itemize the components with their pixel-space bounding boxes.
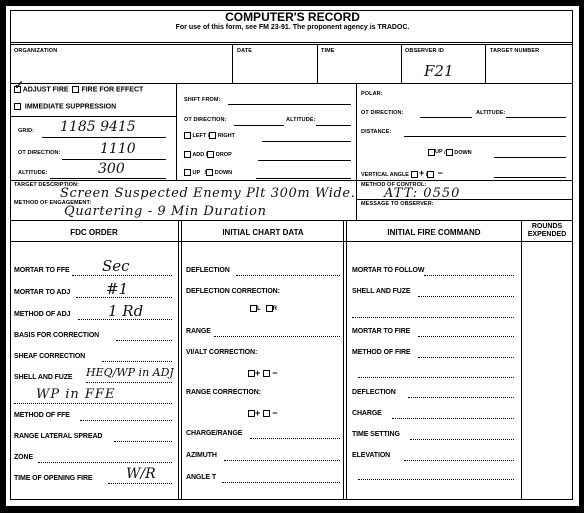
rounds-label: ROUNDS: [522, 223, 572, 231]
divider: [232, 44, 233, 83]
chart-range-field[interactable]: [214, 336, 340, 337]
left-right-field[interactable]: [262, 141, 351, 142]
fire-for-effect-checkbox[interactable]: [72, 86, 79, 93]
grid-label: GRID:: [18, 128, 34, 134]
adjust-fire-label: ADJUST FIRE: [23, 86, 69, 93]
divider: [10, 83, 573, 84]
polar-label: POLAR:: [361, 91, 383, 97]
form-subtitle: For use of this form, see FM 23-91. The …: [6, 24, 579, 31]
vi-alt-minus-checkbox[interactable]: [263, 370, 270, 377]
shell-and-fuze-label: SHELL AND FUZE: [14, 374, 73, 381]
target-description-field[interactable]: Screen Suspected Enemy Plt 300m Wide.: [60, 186, 355, 201]
initial-fire-command-heading: INITIAL FIRE COMMAND: [348, 228, 520, 237]
range-lateral-spread-label: RANGE LATERAL SPREAD: [14, 433, 102, 440]
divider: [10, 220, 573, 221]
charge-range-field[interactable]: [250, 438, 340, 439]
message-to-observer-label: MESSAGE TO OBSERVER:: [361, 201, 434, 207]
computers-record-form: COMPUTER'S RECORD For use of this form, …: [6, 6, 579, 506]
angle-t-field[interactable]: [222, 482, 340, 483]
vertical-angle-row: VERTICAL ANGLE + / −: [361, 168, 443, 178]
range-correction-label: RANGE CORRECTION:: [186, 389, 261, 396]
drop-label: DROP: [216, 152, 232, 158]
check-mark-icon: ✓: [14, 78, 24, 92]
range-correction-options: + −: [248, 408, 278, 418]
fire-for-effect-label: FIRE FOR EFFECT: [81, 86, 143, 93]
divider: [317, 44, 318, 83]
distance-label: DISTANCE:: [361, 129, 391, 135]
target-number-label: TARGET NUMBER: [490, 48, 539, 54]
target-number-field[interactable]: [487, 56, 571, 82]
azimuth-field[interactable]: [224, 460, 340, 461]
basis-for-correction-label: BASIS FOR CORRECTION: [14, 332, 99, 339]
shift-altitude-label: ALTITUDE:: [286, 117, 316, 123]
chart-deflection-field[interactable]: [236, 275, 340, 276]
polar-altitude-label: ALTITUDE:: [476, 110, 506, 116]
l-label: L: [257, 306, 261, 312]
expended-label: EXPENDED: [522, 231, 572, 239]
vi-alt-plus-checkbox[interactable]: [248, 370, 255, 377]
down-label: DOWN: [215, 170, 232, 176]
zone-label: ZONE: [14, 454, 33, 461]
chart-range-label: RANGE: [186, 328, 211, 335]
vi-alt-correction-options: + −: [248, 368, 278, 378]
altitude-label: ALTITUDE:: [18, 170, 48, 176]
basis-for-correction-field[interactable]: [116, 340, 172, 341]
deflection-correction-label: DEFLECTION CORRECTION:: [186, 288, 280, 295]
plus-sign: +: [255, 368, 260, 378]
observer-id-label: OBSERVER ID: [405, 48, 444, 54]
add-label: ADD: [192, 152, 204, 158]
rounds-expended-heading: ROUNDS EXPENDED: [522, 223, 572, 239]
fire-shell-and-fuze-field-line2[interactable]: [352, 317, 514, 318]
divider: [10, 116, 176, 117]
underline: [42, 137, 166, 138]
chart-deflection-label: DEFLECTION: [186, 267, 230, 274]
adjust-fire-option[interactable]: ✓ ADJUST FIRE FIRE FOR EFFECT: [14, 86, 143, 93]
divider: [485, 44, 486, 83]
drop-checkbox[interactable]: [207, 151, 214, 158]
date-field[interactable]: [234, 56, 316, 82]
mortar-to-follow-field[interactable]: [424, 275, 514, 276]
divider: [178, 220, 179, 500]
up-label: UP: [193, 170, 201, 176]
fdc-order-heading: FDC ORDER: [10, 228, 178, 237]
method-of-ffe-field[interactable]: [80, 420, 172, 421]
time-setting-label: TIME SETTING: [352, 431, 400, 438]
down-checkbox[interactable]: [206, 169, 213, 176]
polar-up-label: UP: [435, 149, 443, 155]
mortar-to-ffe-field[interactable]: Sec: [102, 257, 130, 275]
r-label: R: [273, 306, 277, 312]
method-of-adj-label: METHOD OF ADJ: [14, 311, 70, 318]
method-of-fire-label: METHOD OF FIRE: [352, 349, 411, 356]
date-label: DATE: [237, 48, 252, 54]
mortar-to-ffe-label: MORTAR TO FFE: [14, 267, 70, 274]
ot-direction-field[interactable]: 1110: [100, 141, 136, 157]
sheaf-correction-label: SHEAF CORRECTION: [14, 353, 85, 360]
polar-down-label: DOWN: [454, 150, 471, 156]
shell-and-fuze-field[interactable]: HEQ/WP in ADJ: [86, 366, 174, 379]
divider: [10, 42, 573, 45]
right-label: RIGHT: [218, 133, 235, 139]
underline: [62, 159, 166, 160]
add-drop-row: ADD / DROP: [184, 151, 232, 158]
shift-ot-direction-field[interactable]: [234, 125, 284, 126]
initial-chart-data-heading: INITIAL CHART DATA: [182, 228, 344, 237]
polar-down-checkbox[interactable]: [446, 149, 453, 156]
left-label: LEFT: [193, 133, 207, 139]
add-checkbox[interactable]: [184, 151, 191, 158]
left-checkbox[interactable]: [184, 132, 191, 139]
azimuth-label: AZIMUTH: [186, 452, 217, 459]
ot-direction-label: OT DIRECTION:: [18, 150, 61, 156]
immediate-suppression-checkbox[interactable]: [14, 103, 21, 110]
method-of-ffe-label: METHOD OF FFE: [14, 412, 70, 419]
range-minus-checkbox[interactable]: [263, 410, 270, 417]
method-of-fire-field-line2[interactable]: [358, 377, 514, 378]
time-of-opening-fire-field[interactable]: W/R: [126, 466, 156, 482]
immediate-suppression-option[interactable]: IMMEDIATE SUPPRESSION: [14, 103, 116, 110]
polar-up-checkbox[interactable]: [428, 149, 435, 156]
charge-field[interactable]: [392, 418, 514, 419]
divider: [10, 241, 573, 242]
form-title: COMPUTER'S RECORD: [6, 10, 579, 24]
divider: [346, 220, 347, 500]
shift-from-label: SHIFT FROM:: [184, 97, 221, 103]
elevation-field[interactable]: [404, 460, 514, 461]
dotted-line: [14, 403, 172, 404]
dotted-line: [86, 382, 172, 383]
up-down-row: UP / DOWN: [184, 169, 232, 176]
plus-sign: +: [255, 408, 260, 418]
polar-up-down-row: UP / DOWN: [428, 149, 472, 156]
organization-label: ORGANIZATION: [14, 48, 57, 54]
divider: [343, 220, 344, 500]
organization-field[interactable]: [12, 56, 230, 82]
fire-deflection-label: DEFLECTION: [352, 389, 396, 396]
grid-field[interactable]: 1185 9415: [60, 119, 136, 135]
shift-altitude-field[interactable]: [316, 125, 351, 126]
divider: [10, 180, 573, 181]
vertical-angle-plus-checkbox[interactable]: [411, 171, 418, 178]
vertical-angle-label: VERTICAL ANGLE: [361, 172, 409, 178]
vertical-angle-field[interactable]: [494, 177, 566, 178]
up-down-field[interactable]: [256, 178, 351, 179]
polar-altitude-field[interactable]: [506, 117, 566, 118]
method-of-fire-field[interactable]: [418, 357, 514, 358]
polar-ot-direction-label: OT DIRECTION:: [361, 110, 404, 116]
mortar-to-adj-field[interactable]: #1: [106, 280, 128, 298]
plus-sign: +: [419, 168, 424, 178]
dotted-line: [108, 483, 172, 484]
divider: [521, 220, 522, 500]
underline: [50, 178, 166, 179]
shift-ot-direction-label: OT DIRECTION:: [184, 117, 227, 123]
time-setting-field[interactable]: [410, 439, 514, 440]
angle-t-label: ANGLE T: [186, 474, 216, 481]
elevation-field-line2[interactable]: [358, 479, 514, 480]
left-right-row: LEFT / RIGHT: [184, 132, 235, 139]
fire-shell-and-fuze-field[interactable]: [418, 296, 514, 297]
altitude-field[interactable]: 300: [98, 161, 125, 177]
adjust-fire-checkbox[interactable]: ✓: [14, 86, 21, 93]
charge-range-label: CHARGE/RANGE: [186, 430, 242, 437]
shell-and-fuze-field-line2[interactable]: WP in FFE: [36, 387, 115, 402]
minus-sign: −: [272, 368, 277, 378]
minus-sign: −: [437, 168, 442, 178]
deflection-left-checkbox[interactable]: [250, 305, 257, 312]
mortar-to-adj-label: MORTAR TO ADJ: [14, 289, 70, 296]
minus-sign: −: [272, 408, 277, 418]
right-checkbox[interactable]: [209, 132, 216, 139]
divider: [176, 83, 177, 180]
divider: [401, 44, 402, 83]
rounds-expended-field[interactable]: [523, 243, 571, 499]
method-of-engagement-field[interactable]: Quartering - 9 Min Duration: [64, 204, 267, 219]
shift-from-field[interactable]: [228, 104, 351, 105]
elevation-label: ELEVATION: [352, 452, 390, 459]
mortar-to-fire-label: MORTAR TO FIRE: [352, 328, 410, 335]
deflection-correction-options: L R: [250, 305, 277, 312]
divider: [356, 199, 573, 200]
time-field[interactable]: [319, 56, 401, 82]
polar-up-down-field[interactable]: [494, 157, 566, 158]
dotted-line: [72, 275, 172, 276]
charge-label: CHARGE: [352, 410, 382, 417]
message-to-observer-field[interactable]: [358, 208, 570, 219]
fire-shell-and-fuze-label: SHELL AND FUZE: [352, 288, 411, 295]
fire-deflection-field[interactable]: [408, 397, 514, 398]
range-lateral-spread-field[interactable]: [114, 441, 172, 442]
mortar-to-fire-field[interactable]: [418, 336, 514, 337]
time-label: TIME: [321, 48, 335, 54]
method-of-adj-field[interactable]: 1 Rd: [108, 302, 143, 320]
mortar-to-follow-label: MORTAR TO FOLLOW: [352, 267, 424, 274]
up-checkbox[interactable]: [184, 169, 191, 176]
zone-field[interactable]: [38, 462, 172, 463]
polar-ot-direction-field[interactable]: [420, 117, 472, 118]
time-of-opening-fire-label: TIME OF OPENING FIRE: [14, 475, 93, 482]
vertical-angle-minus-checkbox[interactable]: [427, 171, 434, 178]
add-drop-field[interactable]: [258, 160, 351, 161]
vi-alt-correction-label: VI/ALT CORRECTION:: [186, 349, 257, 356]
deflection-right-checkbox[interactable]: [266, 305, 273, 312]
divider: [181, 220, 182, 500]
sheaf-correction-field[interactable]: [102, 361, 172, 362]
distance-field[interactable]: [404, 136, 566, 137]
range-plus-checkbox[interactable]: [248, 410, 255, 417]
observer-id-field[interactable]: F21: [424, 62, 454, 80]
immediate-suppression-label: IMMEDIATE SUPPRESSION: [25, 103, 116, 110]
